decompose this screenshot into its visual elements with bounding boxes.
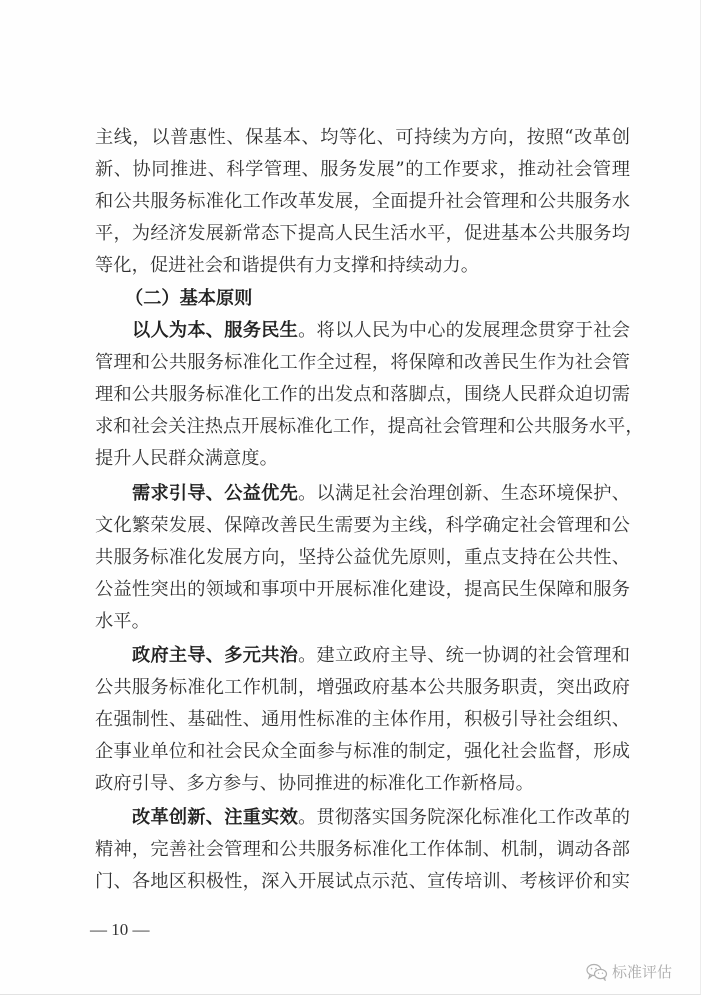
principle-text: 。将以人民为中心的发展理念贯穿于社会 xyxy=(298,320,630,341)
document-body: 主线，以普惠性、保基本、均等化、可持续为方向，按照“改革创 新、协同推进、科学管… xyxy=(95,122,630,898)
section-heading: （二）基本原则 xyxy=(95,282,630,315)
watermark-label: 标准评估 xyxy=(612,961,672,982)
principle-first-line: 以人为本、服务民生。将以人民为中心的发展理念贯穿于社会 xyxy=(95,315,630,347)
principle-line: 管理和公共服务标准化工作全过程，将保障和改善民生作为社会管 xyxy=(95,347,630,379)
principle-line: 门、各地区积极性，深入开展试点示范、宣传培训、考核评价和实 xyxy=(95,866,630,898)
intro-line: 新、协同推进、科学管理、服务发展”的工作要求，推动社会管理 xyxy=(95,154,630,186)
page-number: — 10 — xyxy=(90,920,150,940)
principle-line: 公益性突出的领域和事项中开展标准化建设，提高民生保障和服务 xyxy=(95,574,630,606)
principle-line: 提升人民群众满意度。 xyxy=(95,443,630,475)
intro-line: 等化，促进社会和谐提供有力支撑和持续动力。 xyxy=(95,250,630,282)
principle-line: 求和社会关注热点开展标准化工作，提高社会管理和公共服务水平， xyxy=(95,411,630,443)
principle-first-line: 需求引导、公益优先。以满足社会治理创新、生态环境保护、 xyxy=(95,478,630,510)
principle-line: 公共服务标准化工作机制，增强政府基本公共服务职责，突出政府 xyxy=(95,672,630,704)
principle-title: 需求引导、公益优先 xyxy=(132,483,298,504)
intro-line: 平，为经济发展新常态下提高人民生活水平，促进基本公共服务均 xyxy=(95,218,630,250)
principle-line: 水平。 xyxy=(95,606,630,638)
principle-line: 文化繁荣发展、保障改善民生需要为主线，科学确定社会管理和公 xyxy=(95,510,630,542)
principle-first-line: 政府主导、多元共治。建立政府主导、统一协调的社会管理和 xyxy=(95,640,630,672)
principle-text: 。贯彻落实国务院深化标准化工作改革的 xyxy=(298,807,630,828)
principle-line: 政府引导、多方参与、协同推进的标准化工作新格局。 xyxy=(95,768,630,800)
principle-line: 在强制性、基础性、通用性标准的主体作用，积极引导社会组织、 xyxy=(95,704,630,736)
principle-title: 改革创新、注重实效 xyxy=(132,807,298,828)
principle-first-line: 改革创新、注重实效。贯彻落实国务院深化标准化工作改革的 xyxy=(95,802,630,834)
principle-title: 以人为本、服务民生 xyxy=(132,320,298,341)
principle-line: 共服务标准化发展方向，坚持公益优先原则，重点支持在公共性、 xyxy=(95,542,630,574)
intro-line: 主线，以普惠性、保基本、均等化、可持续为方向，按照“改革创 xyxy=(95,122,630,154)
principle-text: 。以满足社会治理创新、生态环境保护、 xyxy=(298,483,630,504)
principle-line: 精神，完善社会管理和公共服务标准化工作体制、机制，调动各部 xyxy=(95,834,630,866)
principle-title: 政府主导、多元共治 xyxy=(132,645,298,666)
principle-line: 理和公共服务标准化工作的出发点和落脚点，围绕人民群众迫切需 xyxy=(95,379,630,411)
principle-line: 企事业单位和社会民众全面参与标准的制定，强化社会监督，形成 xyxy=(95,736,630,768)
watermark: 标准评估 xyxy=(586,961,672,982)
wechat-icon xyxy=(586,963,608,981)
intro-line: 和公共服务标准化工作改革发展，全面提升社会管理和公共服务水 xyxy=(95,186,630,218)
principle-text: 。建立政府主导、统一协调的社会管理和 xyxy=(298,645,630,666)
document-page: 主线，以普惠性、保基本、均等化、可持续为方向，按照“改革创 新、协同推进、科学管… xyxy=(0,0,701,995)
